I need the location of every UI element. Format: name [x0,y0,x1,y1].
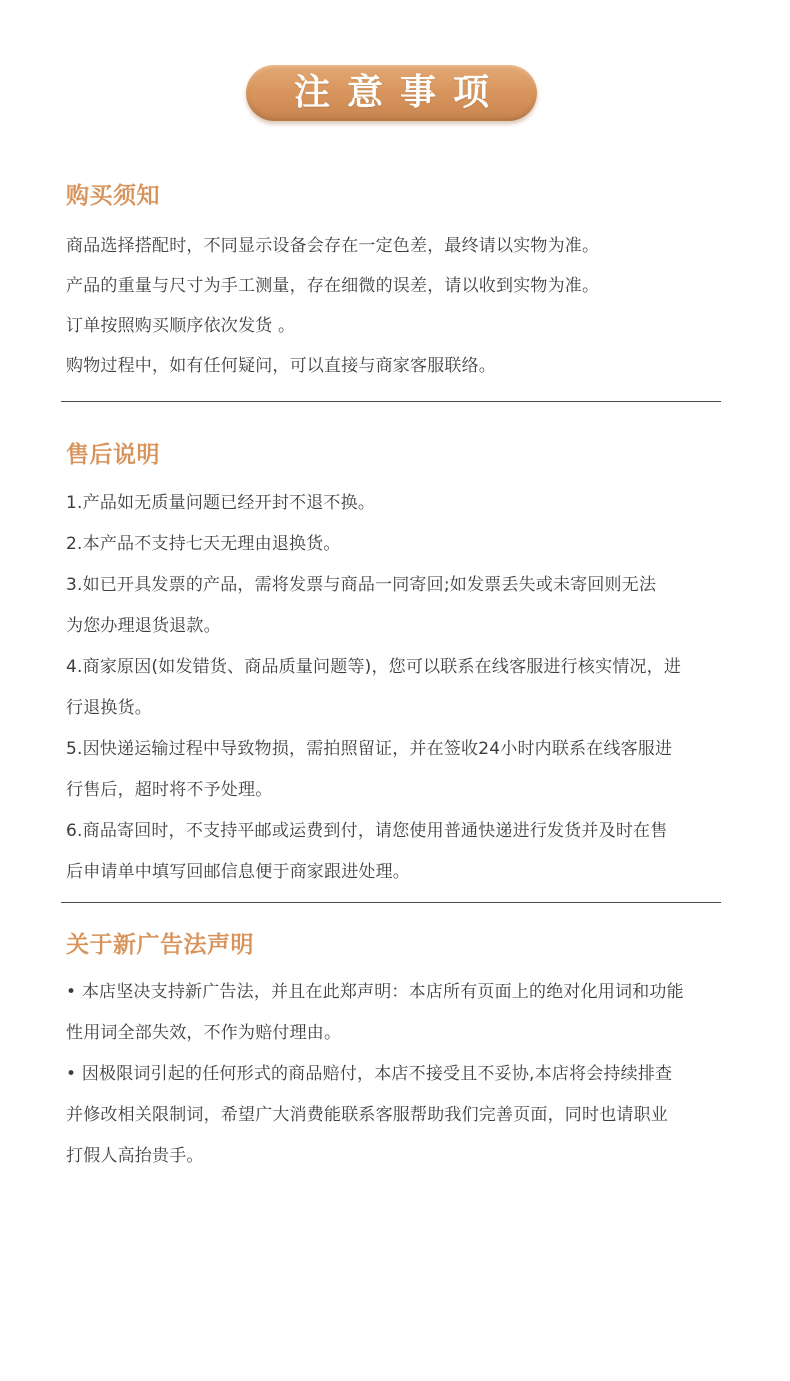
section-purchase-notes: 购买须知 商品选择搭配时，不同显示设备会存在一定色差，最终请以实物为准。 产品的… [66,183,726,386]
section-heading: 关于新广告法声明 [66,932,726,958]
text-line: 5.因快递运输过程中导致物损，需拍照留证，并在签收24小时内联系在线客服进 [66,729,726,770]
text-line: 行售后，超时将不予处理。 [66,770,726,811]
text-line: 4.商家原因(如发错货、商品质量问题等)，您可以联系在线客服进行核实情况，进 [66,647,726,688]
text-line: • 本店坚决支持新广告法，并且在此郑声明：本店所有页面上的绝对化用词和功能 [66,972,726,1013]
banner-title: 注意事项 [294,75,506,111]
text-line: 1.产品如无质量问题已经开封不退不换。 [66,483,726,524]
section-divider [61,902,721,903]
text-line: 3.如已开具发票的产品，需将发票与商品一同寄回;如发票丢失或未寄回则无法 [66,565,726,606]
text-line: 6.商品寄回时，不支持平邮或运费到付，请您使用普通快递进行发货并及时在售 [66,811,726,852]
text-line: 性用词全部失效，不作为赔付理由。 [66,1013,726,1054]
text-line: • 因极限词引起的任何形式的商品赔付，本店不接受且不妥协,本店将会持续排查 [66,1054,726,1095]
text-line: 2.本产品不支持七天无理由退换货。 [66,524,726,565]
text-line: 购物过程中，如有任何疑问，可以直接与商家客服联络。 [66,346,726,386]
section-divider [61,401,721,402]
section-heading: 售后说明 [66,442,726,468]
text-line: 为您办理退货退款。 [66,606,726,647]
text-line: 后申请单中填写回邮信息便于商家跟进处理。 [66,852,726,893]
text-line: 商品选择搭配时，不同显示设备会存在一定色差，最终请以实物为准。 [66,226,726,266]
text-line: 打假人高抬贵手。 [66,1136,726,1177]
text-line: 产品的重量与尺寸为手工测量，存在细微的误差，请以收到实物为准。 [66,266,726,306]
text-line: 并修改相关限制词，希望广大消费能联系客服帮助我们完善页面，同时也请职业 [66,1095,726,1136]
section-heading: 购买须知 [66,183,726,209]
text-line: 行退换货。 [66,688,726,729]
section-after-sales: 售后说明 1.产品如无质量问题已经开封不退不换。 2.本产品不支持七天无理由退换… [66,442,726,893]
text-line: 订单按照购买顺序依次发货 。 [66,306,726,346]
notice-banner: 注意事项 [246,65,537,121]
section-ad-law-statement: 关于新广告法声明 • 本店坚决支持新广告法，并且在此郑声明：本店所有页面上的绝对… [66,932,726,1177]
